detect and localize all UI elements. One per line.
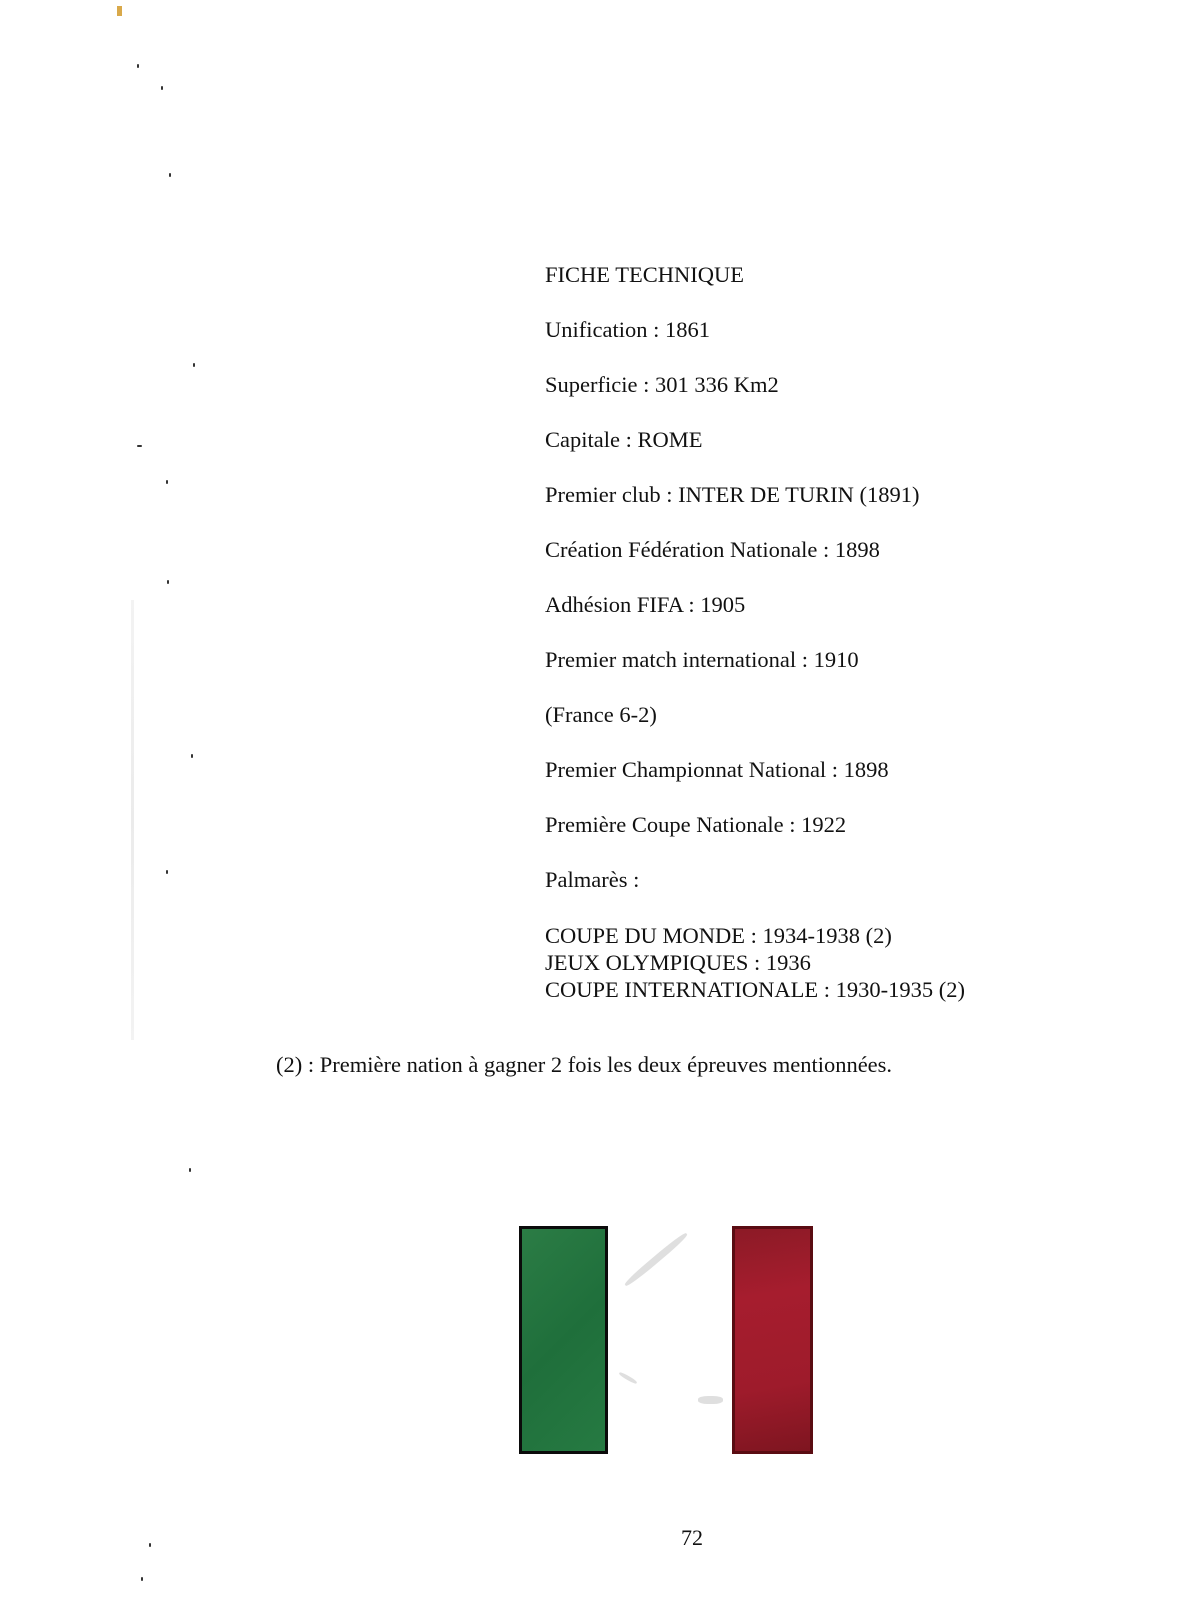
flag-red-band <box>732 1226 813 1454</box>
scan-speck <box>141 1577 143 1581</box>
fact-first-championship: Premier Championnat National : 1898 <box>545 757 1065 783</box>
scanned-page: FICHE TECHNIQUE Unification : 1861 Super… <box>0 0 1200 1600</box>
palmares-item: JEUX OLYMPIQUES : 1936 <box>545 949 1065 976</box>
scan-speck <box>189 1168 191 1172</box>
technical-sheet: FICHE TECHNIQUE Unification : 1861 Super… <box>545 262 1065 1003</box>
fact-first-match-result: (France 6-2) <box>545 702 1065 728</box>
scan-smudge <box>623 1231 689 1288</box>
scan-smudge <box>618 1371 637 1384</box>
palmares-label: Palmarès : <box>545 867 1065 893</box>
page-edge-shadow <box>131 600 134 1040</box>
flag-white-band <box>608 1226 732 1454</box>
scan-speck <box>137 445 142 447</box>
page-number: 72 <box>681 1525 703 1551</box>
scan-speck <box>166 870 168 874</box>
fact-capital: Capitale : ROME <box>545 427 1065 453</box>
scan-smudge <box>698 1396 723 1404</box>
italian-flag <box>519 1226 813 1456</box>
scan-speck <box>169 173 171 177</box>
palmares-item: COUPE DU MONDE : 1934-1938 (2) <box>545 922 1065 949</box>
flag-green-band <box>519 1226 608 1454</box>
fact-fifa: Adhésion FIFA : 1905 <box>545 592 1065 618</box>
scan-speck <box>193 363 195 367</box>
fact-first-match: Premier match international : 1910 <box>545 647 1065 673</box>
scan-artifact <box>117 6 122 16</box>
sheet-heading: FICHE TECHNIQUE <box>545 262 1065 288</box>
fact-first-cup: Première Coupe Nationale : 1922 <box>545 812 1065 838</box>
fact-first-club: Premier club : INTER DE TURIN (1891) <box>545 482 1065 508</box>
scan-speck <box>149 1543 151 1547</box>
fact-unification: Unification : 1861 <box>545 317 1065 343</box>
palmares-item: COUPE INTERNATIONALE : 1930-1935 (2) <box>545 976 1065 1003</box>
palmares-list: COUPE DU MONDE : 1934-1938 (2) JEUX OLYM… <box>545 922 1065 1003</box>
scan-speck <box>167 580 169 584</box>
scan-speck <box>137 64 139 68</box>
fact-area: Superficie : 301 336 Km2 <box>545 372 1065 398</box>
scan-speck <box>161 86 163 90</box>
fact-federation: Création Fédération Nationale : 1898 <box>545 537 1065 563</box>
scan-speck <box>191 754 193 758</box>
footnote: (2) : Première nation à gagner 2 fois le… <box>276 1052 892 1078</box>
scan-speck <box>166 480 168 484</box>
